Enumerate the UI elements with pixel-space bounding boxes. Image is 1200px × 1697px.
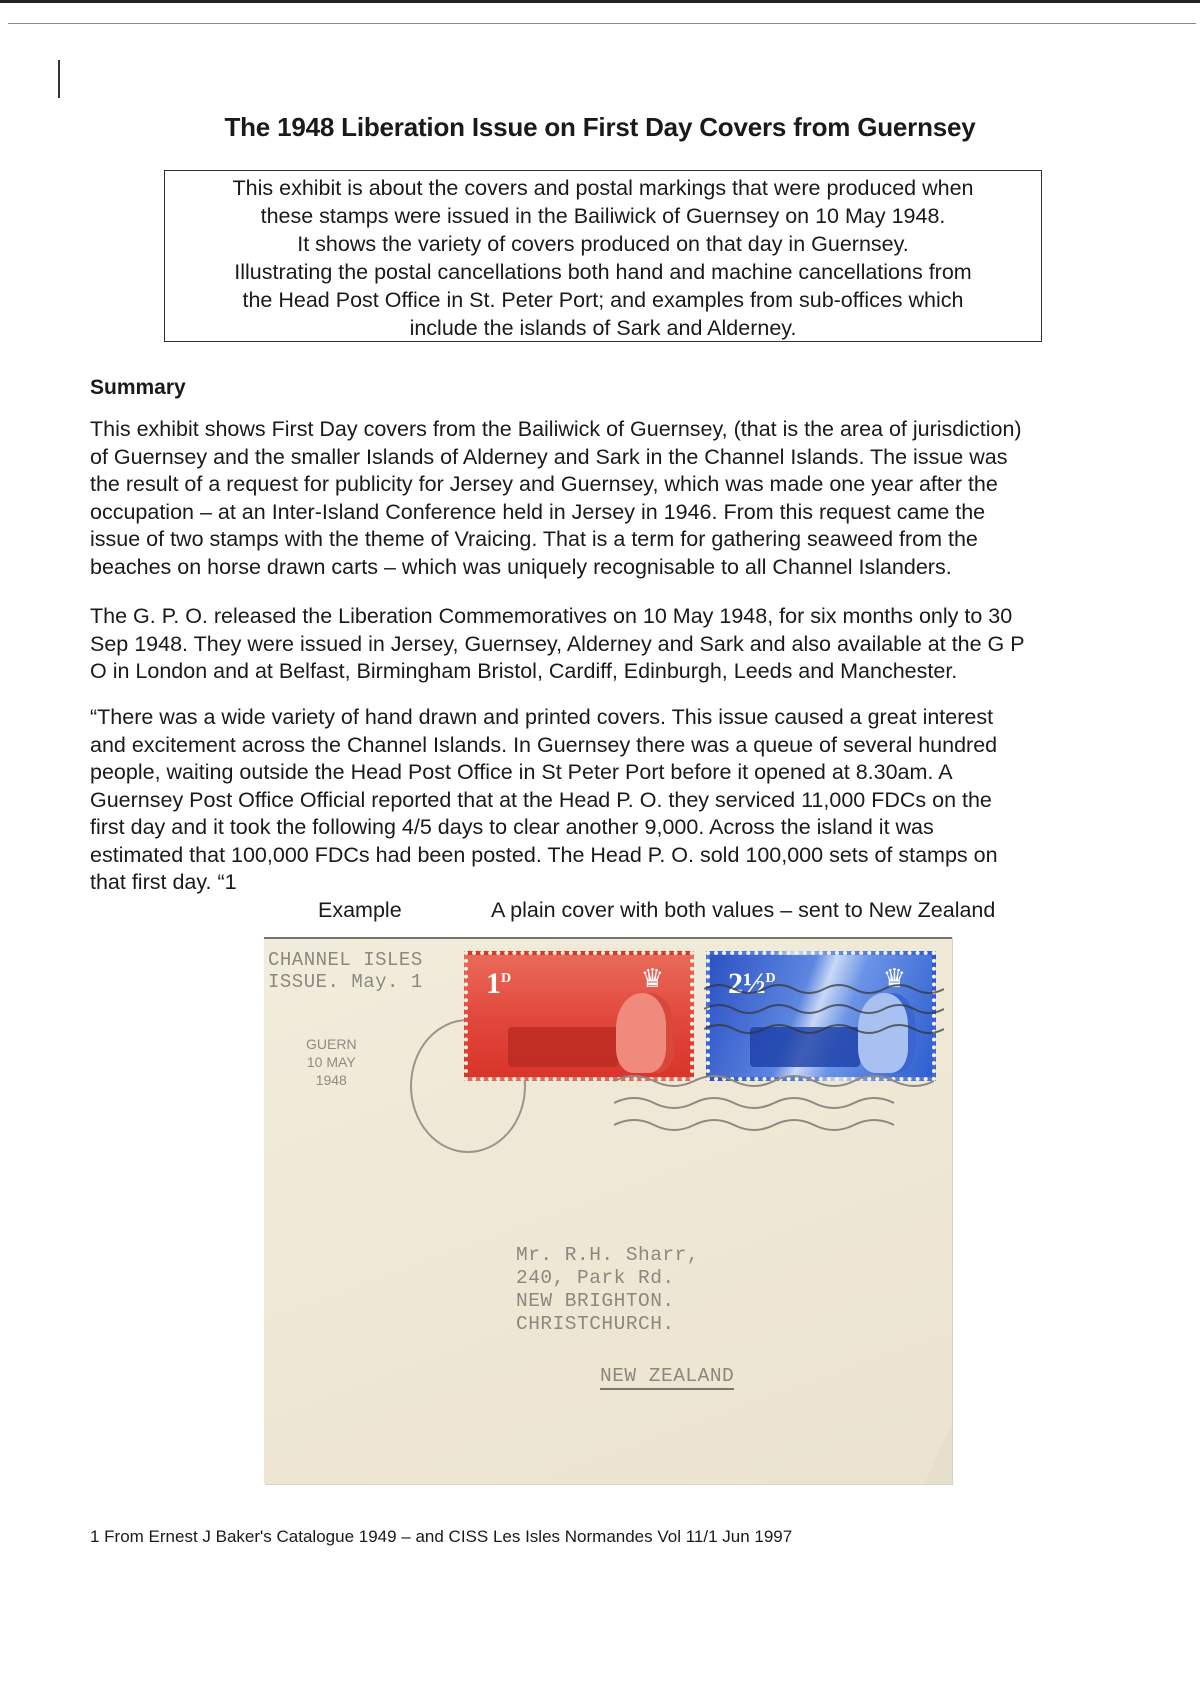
margin-mark (58, 60, 60, 98)
crown-icon: ♛ (641, 963, 664, 994)
postmark-line: 1948 (306, 1071, 357, 1089)
intro-box: This exhibit is about the covers and pos… (164, 170, 1042, 342)
paragraph-line: occupation – at an Inter-Island Conferen… (90, 499, 1150, 527)
cachet-line: CHANNEL ISLES (268, 949, 423, 971)
address-line: NEW BRIGHTON. (516, 1290, 699, 1313)
address-line: CHRISTCHURCH. (516, 1313, 699, 1336)
paragraph-line: Sep 1948. They were issued in Jersey, Gu… (90, 631, 1150, 659)
paragraph-line: beaches on horse drawn carts – which was… (90, 554, 1150, 582)
paragraph-line: of Guernsey and the smaller Islands of A… (90, 444, 1150, 472)
paragraph-line: This exhibit shows First Day covers from… (90, 416, 1150, 444)
recipient-address: Mr. R.H. Sharr, 240, Park Rd. NEW BRIGHT… (516, 1244, 699, 1336)
envelope-corner-fold (924, 1424, 952, 1484)
top-rule (8, 23, 1196, 24)
postmark-line: GUERN (306, 1035, 357, 1053)
address-line: Mr. R.H. Sharr, (516, 1244, 699, 1267)
machine-cancel-over-stamp (704, 979, 944, 1039)
paragraph-line: and excitement across the Channel Island… (90, 732, 1150, 760)
intro-line: Illustrating the postal cancellations bo… (165, 258, 1041, 286)
paragraph-line: people, waiting outside the Head Post Of… (90, 759, 1150, 787)
king-portrait (616, 993, 674, 1073)
intro-line: these stamps were issued in the Bailiwic… (165, 202, 1041, 230)
summary-heading: Summary (90, 376, 186, 400)
summary-paragraph-2: The G. P. O. released the Liberation Com… (90, 603, 1150, 686)
intro-line: the Head Post Office in St. Peter Port; … (165, 286, 1041, 314)
paragraph-line: O in London and at Belfast, Birmingham B… (90, 658, 1150, 686)
stamp-1d-red: ♛ 1D (464, 951, 694, 1081)
footnote: 1 From Ernest J Baker's Catalogue 1949 –… (90, 1527, 792, 1547)
vraicing-scene (508, 1027, 618, 1067)
envelope-cover-image: CHANNEL ISLES ISSUE. May. 1 GUERN 10 MAY… (264, 937, 952, 1484)
paragraph-line: first day and it took the following 4/5 … (90, 814, 1150, 842)
intro-line: include the islands of Sark and Alderney… (165, 314, 1041, 342)
paragraph-line: estimated that 100,000 FDCs had been pos… (90, 842, 1150, 870)
summary-paragraph-3: “There was a wide variety of hand drawn … (90, 704, 1150, 897)
scan-top-edge (0, 0, 1200, 3)
stamp-value: 1D (486, 967, 511, 1001)
page-title: The 1948 Liberation Issue on First Day C… (0, 112, 1200, 143)
summary-paragraph-1: This exhibit shows First Day covers from… (90, 416, 1150, 581)
machine-cancel-waves (614, 1069, 934, 1139)
recipient-country: NEW ZEALAND (600, 1365, 734, 1390)
postmark-line: 10 MAY (306, 1053, 357, 1071)
postmark-text: GUERN 10 MAY 1948 (306, 1035, 357, 1089)
intro-line: It shows the variety of covers produced … (165, 230, 1041, 258)
paragraph-line: that first day. “1 (90, 869, 1150, 897)
cachet-text: CHANNEL ISLES ISSUE. May. 1 (268, 949, 423, 993)
paragraph-line: The G. P. O. released the Liberation Com… (90, 603, 1150, 631)
paragraph-line: “There was a wide variety of hand drawn … (90, 704, 1150, 732)
paragraph-line: issue of two stamps with the theme of Vr… (90, 526, 1150, 554)
cachet-line: ISSUE. May. 1 (268, 971, 423, 993)
example-label: Example (318, 898, 402, 923)
intro-line: This exhibit is about the covers and pos… (165, 174, 1041, 202)
paragraph-line: the result of a request for publicity fo… (90, 471, 1150, 499)
paragraph-line: Guernsey Post Office Official reported t… (90, 787, 1150, 815)
example-caption: A plain cover with both values – sent to… (491, 898, 995, 923)
address-line: 240, Park Rd. (516, 1267, 699, 1290)
